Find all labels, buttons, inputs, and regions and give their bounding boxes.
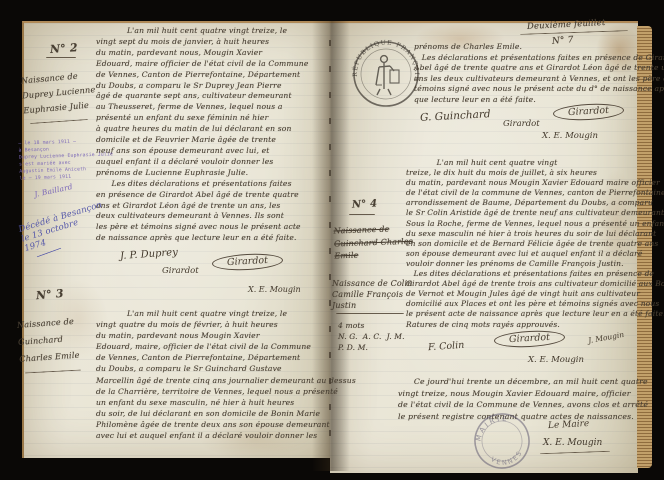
- handwritten-line: P. D. M.: [338, 342, 418, 353]
- handwritten-line: en son domicile et de Bernard Félicie âg…: [406, 239, 638, 249]
- handwritten-line: vingt treize, nous Mougin Xavier Edouard…: [398, 388, 638, 400]
- handwritten-line: du soir, de lui déclarant en son domicil…: [96, 408, 318, 419]
- act3-continuation-body: prénoms de Charles Emile. Les déclaratio…: [414, 42, 638, 106]
- handwritten-line: treize, le dix huit du mois de juillet, …: [406, 168, 638, 178]
- handwritten-line: prénoms de Charles Emile.: [414, 42, 638, 53]
- marianne-figure: [376, 56, 399, 95]
- handwritten-line: Marcellin âgé de trente cinq ans journal…: [96, 375, 318, 386]
- handwritten-line: présenté un enfant du sexe féminin né hi…: [96, 113, 316, 124]
- act2-number-flourish: [46, 57, 76, 58]
- handwritten-line: avec lui et auquel enfant il a déclaré v…: [96, 430, 318, 441]
- handwritten-line: Sous la Roche, ferme de Vennes, lequel n…: [406, 219, 638, 229]
- handwritten-line: de Vernot et Mougin Jules âgé de vingt h…: [406, 289, 638, 299]
- handwritten-line: Edouard, maire, officier de l'état civil…: [96, 341, 318, 352]
- handwritten-line: à quatre heures du matin de lui déclaran…: [96, 124, 316, 135]
- act3-signature-officer: X. E. Mougin: [542, 131, 598, 141]
- act3-margin-title: Naissance deGuinchardCharles Emile: [16, 311, 101, 368]
- handwritten-line: de Vennes, Canton de Pierrefontaine, Dép…: [96, 70, 316, 81]
- handwritten-line: vingt quatre du mois de février, à huit …: [96, 319, 318, 330]
- handwritten-line: L'an mil huit cent quatre vingt treize, …: [96, 308, 318, 319]
- handwritten-line: de la Charrière, territoire de Vennes, l…: [96, 386, 318, 397]
- handwritten-line: âgé de quarante sept ans, cultivateur de…: [96, 91, 316, 102]
- act2-number: N° 2: [50, 41, 78, 56]
- handwritten-line: vingt sept du mois de janvier, à huit he…: [96, 37, 316, 48]
- handwritten-line: le présent acte de naissance après que l…: [406, 309, 638, 319]
- handwritten-line: du Doubs, a comparu le Sr Duprey Jean Pi…: [96, 81, 316, 92]
- handwritten-line: Abel âgé de trente quatre ans et Girardo…: [414, 63, 638, 74]
- handwritten-line: L'an mil huit cent quatre vingt: [406, 158, 638, 168]
- handwritten-line: auquel enfant il a déclaré vouloir donne…: [96, 157, 316, 168]
- handwritten-line: Les dites déclarations et présentations …: [406, 269, 638, 279]
- act3-number: N° 3: [35, 287, 64, 302]
- handwritten-line: de naissance après que lecture leur en a…: [96, 233, 316, 244]
- handwritten-line: de l'état civil de la commune de Vennes,…: [406, 188, 638, 198]
- handwritten-line: au Theusseret, ferme de Vennes, lequel n…: [96, 102, 316, 113]
- handwritten-line: un enfant du sexe masculin, né hier à hu…: [96, 397, 318, 408]
- act4-number: N° 4: [352, 198, 378, 210]
- handwritten-line: L'an mil huit cent quatre vingt treize, …: [96, 26, 316, 37]
- handwritten-line: Ratures de cinq mots rayés approuvés.: [406, 320, 638, 330]
- act4-body: L'an mil huit cent quatre vingttreize, l…: [406, 158, 638, 330]
- act4-number-flourish: [349, 214, 375, 215]
- handwritten-line: du matin, pardevant nous Mougin Xavier: [96, 330, 318, 341]
- handwritten-line: prénoms de Lucienne Euphrasie Julie.: [96, 168, 316, 179]
- act2-signature-officer: X. E. Mougin: [248, 285, 301, 294]
- handwritten-line: du Doubs, a comparu le Sr Guinchard Gust…: [96, 363, 318, 374]
- handwritten-line: ans et Girardot Léon âgé de trente un an…: [96, 201, 316, 212]
- handwritten-line: domicilié aux Places et ont les père et …: [406, 299, 638, 309]
- marriage-mention-stamp: — le 18 mars 1911 —à BesançonDuprey Luci…: [18, 137, 111, 182]
- handwritten-line: témoins signé avec nous le présent acte …: [414, 84, 638, 95]
- handwritten-line: N. G. A. C. J. M.: [338, 331, 418, 342]
- handwritten-line: deux cultivateurs demeurant à Vennes. Il…: [96, 211, 316, 222]
- act4-margin-rule: [336, 313, 404, 314]
- register-photo: N° 2 Naissance deDuprey LucienneEuphrasi…: [0, 0, 664, 480]
- handwritten-line: du matin, pardevant nous, Mougin Xavier: [96, 48, 316, 59]
- handwritten-line: du matin, pardevant nous Mougin Xavier E…: [406, 178, 638, 188]
- act3-signature-witness: Girardot: [503, 119, 540, 129]
- handwritten-line: neuf ans son épouse demeurant avec lui, …: [96, 146, 316, 157]
- handwritten-line: Philomène âgée de trente deux ans son ép…: [96, 419, 318, 430]
- act2-margin-title: Naissance deDuprey LucienneEuphrasie Jul…: [20, 67, 104, 119]
- handwritten-line: son épouse demeurant avec lui et auquel …: [406, 249, 638, 259]
- closing-signature-officer: X. E. Mougin: [543, 438, 602, 448]
- handwritten-line: domicile et de Feuvrier Marie âgée de tr…: [96, 135, 316, 146]
- handwritten-line: vouloir donner les prénoms de Camille Fr…: [406, 259, 638, 269]
- act3-body: L'an mil huit cent quatre vingt treize, …: [96, 308, 318, 441]
- handwritten-line: Edouard, maire officier de l'état civil …: [96, 59, 316, 70]
- handwritten-line: le Sr Colin Aristide âgé de trente neuf …: [406, 208, 638, 218]
- handwritten-line: les père et témoins signé avec nous le p…: [96, 222, 316, 233]
- republique-francaise-seal: RÉPUBLIQUE FRANÇAISE: [349, 37, 423, 111]
- handwritten-line: Ce jourd'hui trente un décembre, an mil …: [398, 376, 638, 388]
- handwritten-line: Les déclarations et présentations faites…: [414, 53, 638, 64]
- act2-signature-witness: Girardot: [162, 266, 199, 276]
- handwritten-line: du sexe masculin né hier à trois heures …: [406, 229, 638, 239]
- handwritten-line: arrondissement de Baume, Département du …: [406, 198, 638, 208]
- handwritten-line: Les dites déclarations et présentations …: [96, 179, 316, 190]
- handwritten-line: de Vennes, Canton de Pierrefontaine, Dép…: [96, 352, 318, 363]
- handwritten-line: ans les deux cultivateurs demeurant à Ve…: [414, 74, 638, 85]
- act2-body: L'an mil huit cent quatre vingt treize, …: [96, 26, 316, 244]
- handwritten-line: Girardot Abel âgé de trente trois ans cu…: [406, 279, 638, 289]
- handwritten-line: en présence de Girardot Abel âgé de tren…: [96, 190, 316, 201]
- act4-signature-officer: X. E. Mougin: [528, 355, 584, 365]
